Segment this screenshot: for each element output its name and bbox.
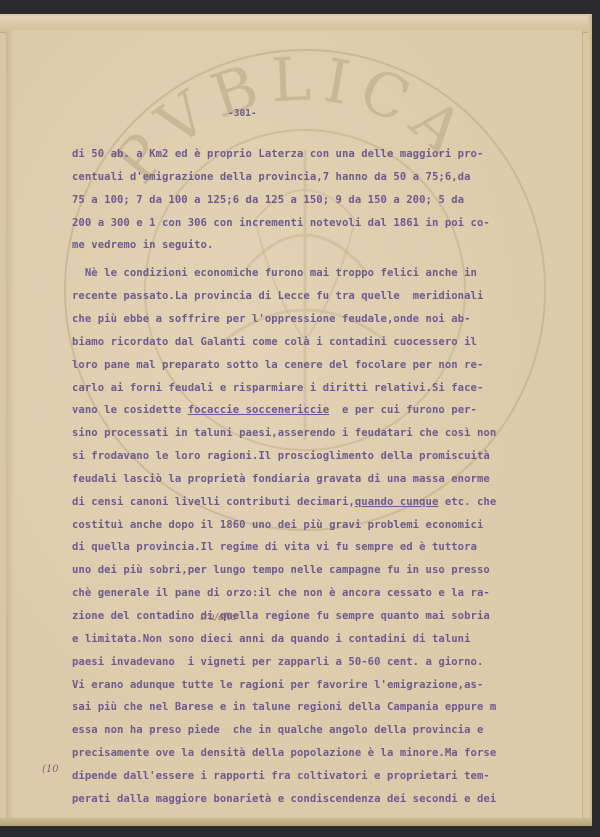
text-line: di quella provincia.Il regime di vita vi… <box>72 541 477 553</box>
underlined-phrase: focaccie soccenericcie <box>188 404 329 416</box>
text-line: chè generale il pane di orzo:il che non … <box>72 587 490 599</box>
text-line: loro pane mal preparato sotto la cenere … <box>72 359 483 371</box>
text-line: precisamente ove la densità della popola… <box>72 747 496 759</box>
text-line: 200 a 300 e 1 con 306 con incrementi not… <box>72 217 490 229</box>
text-line: e limitata.Non sono dieci anni da quando… <box>72 633 471 645</box>
text-line: si frodavano le loro ragioni.Il prosciog… <box>72 450 490 462</box>
text-line: me vedremo in seguito. <box>72 239 213 251</box>
text-line: Nè le condizioni economiche furono mai t… <box>72 267 477 279</box>
text-line: costituì anche dopo il 1860 uno dei più … <box>72 519 483 531</box>
text-line: centuali d'emigrazione della provincia,7… <box>72 171 471 183</box>
text-line: paesi invadevano i vigneti per zapparli … <box>72 656 483 668</box>
text-line: sino processati in taluni paesi,asserend… <box>72 427 496 439</box>
text-line: Vi erano adunque tutte le ragioni per fa… <box>72 679 483 691</box>
underlined-phrase: quando cunque <box>355 496 439 508</box>
handwritten-annotation: tra/alla <box>200 612 236 623</box>
scanned-document: PVBLICA -301- di 50 ab. a Km2 ed è propr… <box>0 0 600 837</box>
text-line: feudali lasciò la proprietà fondiaria gr… <box>72 473 490 485</box>
text-line: uno dei più sobri,per lungo tempo nelle … <box>72 564 490 576</box>
text-line: di censi canoni livelli contributi decim… <box>72 496 496 508</box>
text-line: che più ebbe a soffrire per l'oppression… <box>72 313 471 325</box>
text-line: recente passato.La provincia di Lecce fu… <box>72 290 483 302</box>
text-line: perati dalla maggiore bonarietà e condis… <box>72 793 496 805</box>
page-bottom-edge <box>0 818 592 826</box>
text-line: biamo ricordato dal Galanti come colà i … <box>72 336 477 348</box>
text-line: zione del contadino di quella regione fu… <box>72 610 490 622</box>
text-line: di 50 ab. a Km2 ed è proprio Laterza con… <box>72 148 483 160</box>
text-line: vano le cosidette focaccie soccenericcie… <box>72 404 477 416</box>
text-line: carlo ai forni feudali e risparmiare i d… <box>72 382 483 394</box>
page-number: -301- <box>228 108 257 119</box>
text-line: 75 a 100; 7 da 100 a 125;6 da 125 a 150;… <box>72 194 464 206</box>
text-line: sai più che nel Barese e in talune regio… <box>72 701 496 713</box>
margin-annotation: (10 <box>42 764 59 775</box>
text-line: essa non ha preso piede che in qualche a… <box>72 724 483 736</box>
text-line: dipende dall'essere i rapporti fra colti… <box>72 770 490 782</box>
